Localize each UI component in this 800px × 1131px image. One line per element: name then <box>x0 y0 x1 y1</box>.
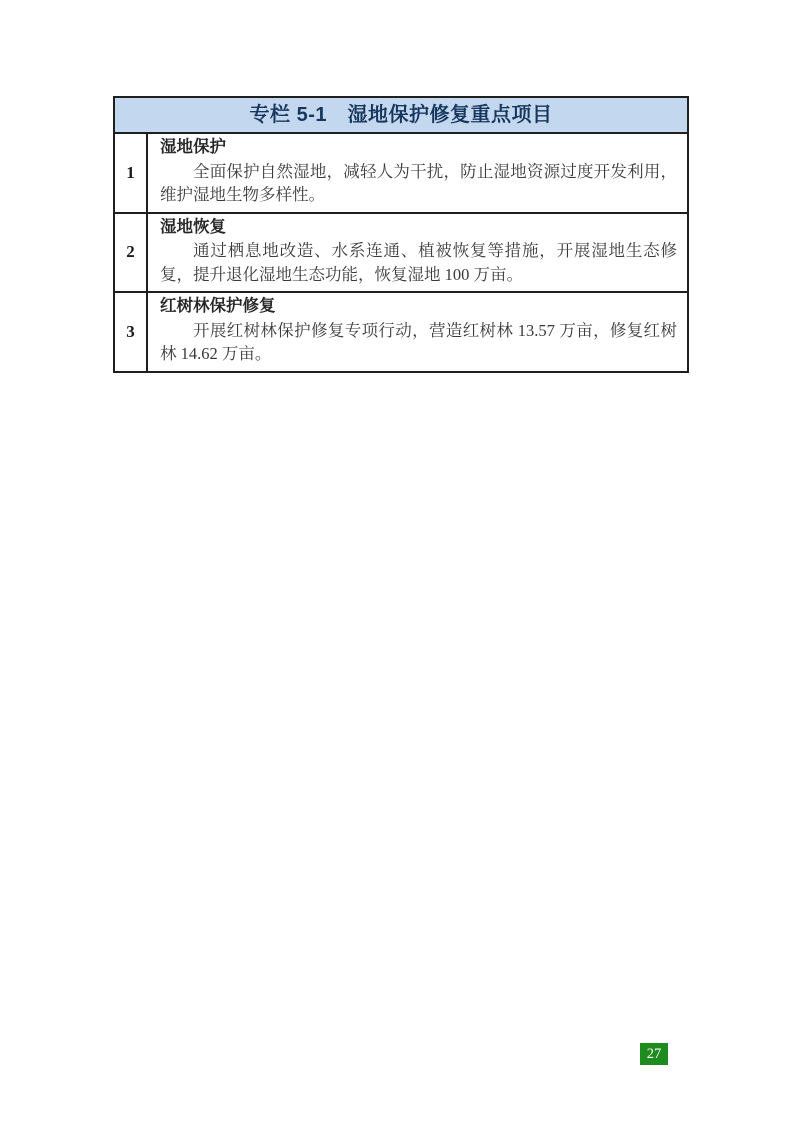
table-row: 1 湿地保护 全面保护自然湿地，减轻人为干扰，防止湿地资源过度开发利用，维护湿地… <box>115 134 687 214</box>
table-row: 3 红树林保护修复 开展红树林保护修复专项行动，营造红树林 13.57 万亩，修… <box>115 293 687 371</box>
row-content: 湿地恢复 通过栖息地改造、水系连通、植被恢复等措施，开展湿地生态修复，提升退化湿… <box>148 214 687 292</box>
row-content: 湿地保护 全面保护自然湿地，减轻人为干扰，防止湿地资源过度开发利用，维护湿地生物… <box>148 134 687 212</box>
row-heading: 红树林保护修复 <box>160 295 677 319</box>
row-body-text: 开展红树林保护修复专项行动，营造红树林 13.57 万亩，修复红树林 14.62… <box>160 319 677 366</box>
row-number: 2 <box>115 214 148 292</box>
box-table: 专栏 5-1 湿地保护修复重点项目 1 湿地保护 全面保护自然湿地，减轻人为干扰… <box>113 96 689 373</box>
page-number-badge: 27 <box>640 1043 668 1065</box>
row-content: 红树林保护修复 开展红树林保护修复专项行动，营造红树林 13.57 万亩，修复红… <box>148 293 687 371</box>
row-body-text: 全面保护自然湿地，减轻人为干扰，防止湿地资源过度开发利用，维护湿地生物多样性。 <box>160 160 677 207</box>
row-heading: 湿地恢复 <box>160 216 677 240</box>
box-table-title: 专栏 5-1 湿地保护修复重点项目 <box>115 98 687 134</box>
row-number: 1 <box>115 134 148 212</box>
table-row: 2 湿地恢复 通过栖息地改造、水系连通、植被恢复等措施，开展湿地生态修复，提升退… <box>115 214 687 294</box>
row-number: 3 <box>115 293 148 371</box>
row-body-text: 通过栖息地改造、水系连通、植被恢复等措施，开展湿地生态修复，提升退化湿地生态功能… <box>160 239 677 286</box>
row-heading: 湿地保护 <box>160 136 677 160</box>
